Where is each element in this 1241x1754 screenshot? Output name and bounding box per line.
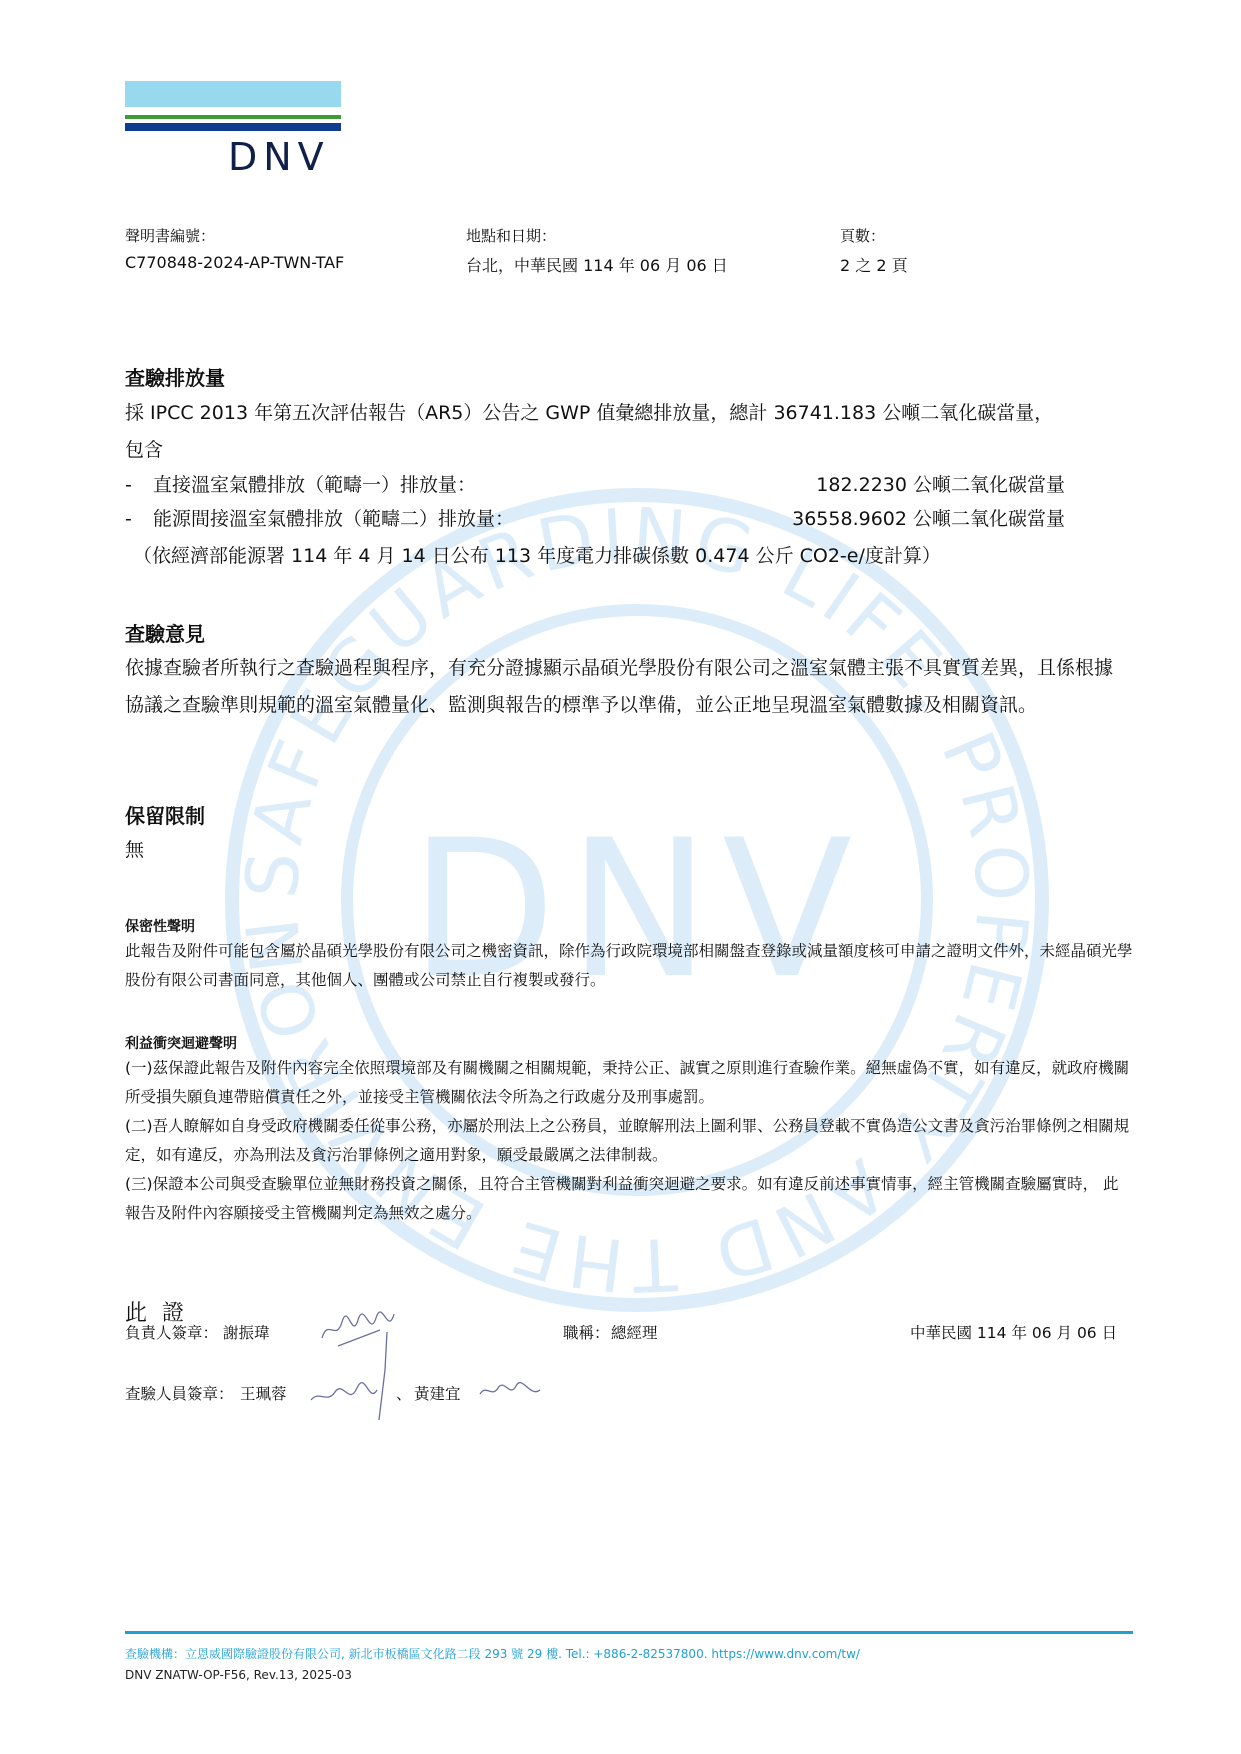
conflict-item-3: (三)保證本公司與受查驗單位並無財務投資之關係，且符合主管機關對利益衝突迴避之要… bbox=[125, 1170, 1133, 1228]
statement-number: C770848-2024-AP-TWN-TAF bbox=[125, 253, 344, 272]
footer-form-code: DNV ZNATW-OP-F56, Rev.13, 2025-03 bbox=[125, 1668, 352, 1682]
verifier-1-signature-icon bbox=[305, 1330, 395, 1422]
conflict-list: (一)茲保證此報告及附件內容完全依照環境部及有關機關之相關規範，秉持公正、誠實之… bbox=[125, 1054, 1133, 1228]
scope1-label: 直接溫室氣體排放（範疇一）排放量： bbox=[153, 470, 476, 500]
conflict-heading: 利益衝突迴避聲明 bbox=[125, 1033, 237, 1053]
list-dash: - bbox=[125, 504, 132, 534]
opinion-heading: 查驗意見 bbox=[125, 618, 205, 647]
emissions-intro-line-1: 採 IPCC 2013 年第五次評估報告（AR5）公告之 GWP 值彙總排放量，… bbox=[125, 395, 1130, 432]
scope2-value: 36558.9602 公噸二氧化碳當量 bbox=[792, 504, 1065, 534]
emissions-intro-line-2: 包含 bbox=[125, 432, 1130, 469]
confidentiality-heading: 保密性聲明 bbox=[125, 916, 195, 936]
reservation-heading: 保留限制 bbox=[125, 800, 205, 829]
dnv-logo-text: DNV bbox=[228, 138, 330, 176]
position-label: 職稱： bbox=[563, 1321, 610, 1343]
verifier-2-name: 黃建宜 bbox=[414, 1382, 461, 1404]
emission-factor-note: （依經濟部能源署 114 年 4 月 14 日公布 113 年度電力排碳係數 0… bbox=[133, 541, 941, 568]
page-count: 2 之 2 頁 bbox=[840, 253, 908, 276]
logo-bar-navy bbox=[125, 123, 341, 131]
certification-date: 中華民國 114 年 06 月 06 日 bbox=[910, 1321, 1117, 1343]
scope2-label: 能源間接溫室氣體排放（範疇二）排放量： bbox=[153, 504, 514, 534]
scope1-value: 182.2230 公噸二氧化碳當量 bbox=[816, 470, 1065, 500]
verifier-1-name: 王珮蓉 bbox=[240, 1382, 287, 1404]
place-date-label: 地點和日期： bbox=[466, 225, 556, 246]
reservation-text: 無 bbox=[125, 832, 1130, 869]
emissions-heading: 查驗排放量 bbox=[125, 362, 225, 391]
statement-number-label: 聲明書編號： bbox=[125, 225, 215, 246]
logo-bar-green bbox=[125, 115, 341, 119]
emissions-intro: 採 IPCC 2013 年第五次評估報告（AR5）公告之 GWP 值彙總排放量，… bbox=[125, 395, 1130, 469]
logo-bar-light-blue bbox=[125, 81, 341, 107]
verifier-2-signature-icon bbox=[476, 1376, 546, 1404]
conflict-item-1: (一)茲保證此報告及附件內容完全依照環境部及有關機關之相關規範，秉持公正、誠實之… bbox=[125, 1054, 1133, 1112]
place-date: 台北，中華民國 114 年 06 月 06 日 bbox=[466, 253, 728, 276]
emission-item-scope2: - 能源間接溫室氣體排放（範疇二）排放量： 36558.9602 公噸二氧化碳當… bbox=[125, 504, 1065, 534]
opinion-text: 依據查驗者所執行之查驗過程與程序，有充分證據顯示晶碩光學股份有限公司之溫室氣體主… bbox=[125, 650, 1130, 724]
page-count-label: 頁數： bbox=[840, 225, 885, 246]
position-value: 總經理 bbox=[611, 1321, 658, 1343]
emission-item-scope1: - 直接溫室氣體排放（範疇一）排放量： 182.2230 公噸二氧化碳當量 bbox=[125, 470, 1065, 500]
responsible-person-label: 負責人簽章： bbox=[125, 1321, 218, 1343]
verifier-separator: 、 bbox=[396, 1382, 412, 1404]
list-dash: - bbox=[125, 470, 132, 500]
responsible-person-name: 謝振瑋 bbox=[223, 1321, 270, 1343]
confidentiality-text: 此報告及附件可能包含屬於晶碩光學股份有限公司之機密資訊，除作為行政院環境部相關盤… bbox=[125, 937, 1133, 995]
verifier-label: 查驗人員簽章： bbox=[125, 1382, 234, 1404]
footer-divider bbox=[125, 1631, 1133, 1634]
conflict-item-2: (二)吾人瞭解如自身受政府機關委任從事公務，亦屬於刑法上之公務員，並瞭解刑法上圖… bbox=[125, 1112, 1133, 1170]
footer-verification-body: 查驗機構：立恩威國際驗證股份有限公司, 新北市板橋區文化路二段 293 號 29… bbox=[125, 1645, 860, 1662]
